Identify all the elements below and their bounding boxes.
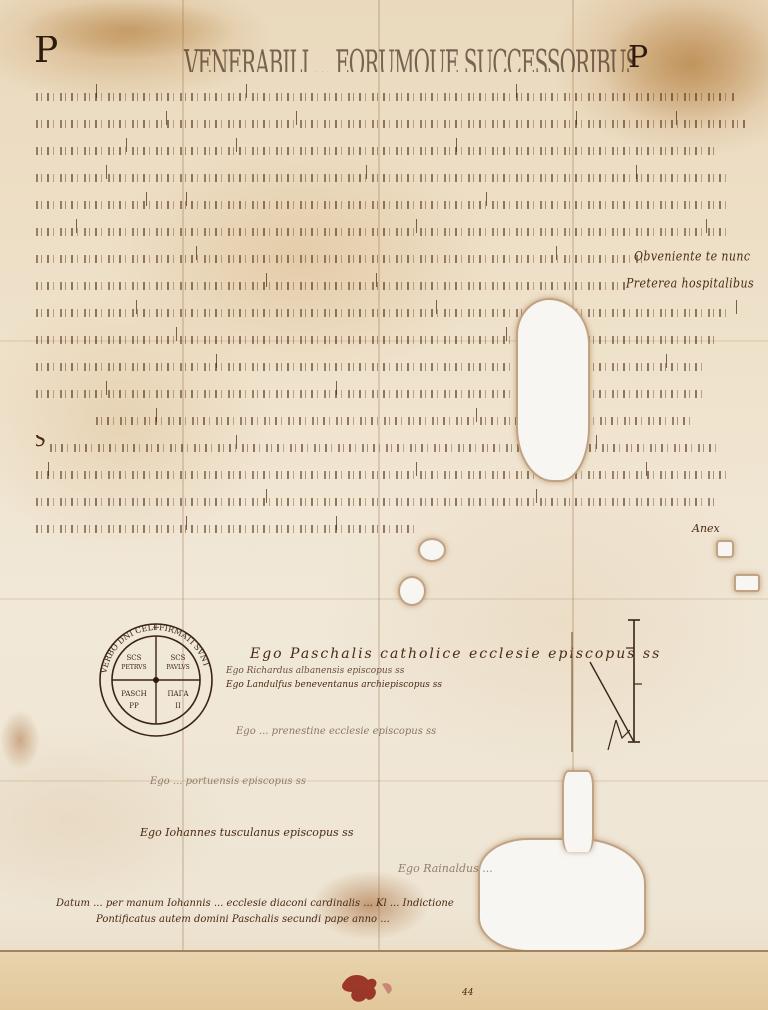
text-line — [36, 84, 756, 111]
foxing-stain — [0, 710, 40, 770]
svg-text:ΠΑΓΑ: ΠΑΓΑ — [167, 690, 189, 698]
text-line — [36, 408, 756, 435]
seal-residue — [340, 972, 400, 1008]
svg-text:SCS: SCS — [127, 654, 142, 662]
text-line — [36, 138, 756, 165]
text-line: Preterea hospitalibus — [36, 273, 756, 300]
parchment-hole — [734, 574, 760, 592]
svg-text:PASCH: PASCH — [121, 690, 146, 698]
datum-line: Pontificatus autem domini Paschalis secu… — [96, 914, 390, 925]
legible-fragment: Preterea hospitalibus — [626, 276, 754, 292]
margin-mark: Anex — [692, 522, 720, 535]
legible-fragment: Obveniente te nunc — [634, 249, 750, 265]
document-body: Obveniente te nunc Preterea hospitalibus… — [36, 84, 756, 543]
text-line — [36, 192, 756, 219]
text-line — [36, 327, 756, 354]
parchment-hole — [478, 838, 646, 952]
svg-text:PAVLVS: PAVLVS — [166, 664, 190, 671]
svg-text:PETRVS: PETRVS — [121, 664, 146, 671]
initial-p-right: P — [628, 40, 648, 75]
fold-line — [0, 598, 768, 600]
bene-valete-monogram — [560, 612, 660, 752]
subscription: Ego ... prenestine ecclesie episcopus ss — [236, 726, 436, 737]
text-line — [36, 381, 756, 408]
initial-s: S — [36, 435, 47, 452]
parchment-hole — [418, 538, 446, 562]
svg-text:PP: PP — [129, 702, 139, 710]
text-line — [36, 300, 756, 327]
fold-line — [0, 780, 768, 782]
parchment-hole — [398, 576, 426, 606]
initial-p-left: P — [34, 36, 59, 71]
text-line: Obveniente te nunc — [36, 246, 756, 273]
plica-edge — [0, 950, 768, 952]
bottom-mark: 44 — [462, 988, 473, 998]
subscription: Ego ... portuensis episcopus ss — [150, 776, 306, 787]
header-line: P VENERABILI ... EORUMQUE SUCCESSORIBUS … — [34, 36, 634, 72]
text-line — [36, 354, 756, 381]
elongata-script: VENERABILI ... EORUMQUE SUCCESSORIBUS IN… — [184, 42, 634, 72]
subscription: Ego Iohannes tusculanus episcopus ss — [140, 826, 353, 839]
datum-line: Datum ... per manum Iohannis ... ecclesi… — [56, 898, 454, 909]
subscription: Ego Landulfus beneventanus archiepiscopu… — [226, 680, 442, 690]
svg-text:SCS: SCS — [171, 654, 186, 662]
text-line — [36, 219, 756, 246]
text-line: S — [36, 435, 756, 462]
parchment-hole — [562, 770, 594, 852]
text-line — [36, 165, 756, 192]
rota-seal: + SCS PETRVS SCS PAVLVS PASCH PP ΠΑΓΑ II… — [98, 622, 214, 738]
text-line — [36, 462, 756, 489]
parchment-hole — [516, 298, 590, 482]
text-line — [36, 516, 756, 543]
svg-text:II: II — [175, 702, 181, 710]
text-line — [36, 489, 756, 516]
subscription: Ego Richardus albanensis episcopus ss — [226, 666, 404, 676]
text-line — [36, 111, 756, 138]
subscription: Ego Rainaldus ... — [398, 862, 493, 875]
parchment-hole — [716, 540, 734, 558]
